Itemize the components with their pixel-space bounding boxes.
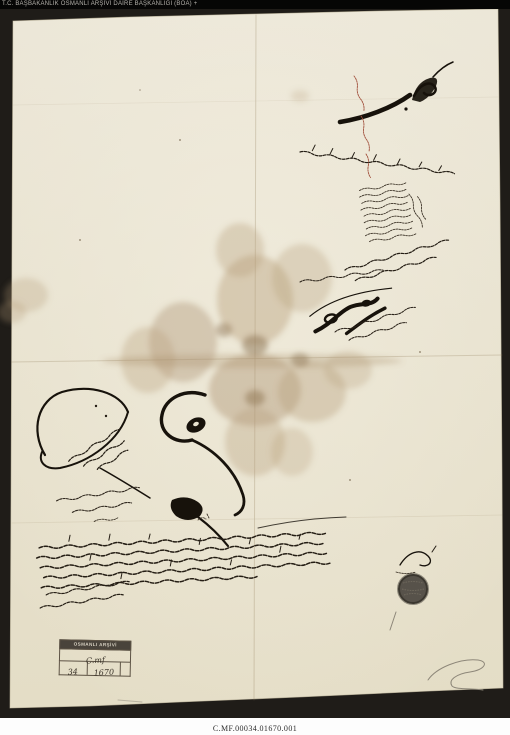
archive-stamp-series: C.mf	[85, 655, 104, 667]
scan-viewport: T.C. BAŞBAKANLIK OSMANLI ARŞİVİ DAİRE BA…	[0, 0, 510, 735]
caption-strip: C.MF.00034.01670.001	[0, 718, 510, 735]
archive-stamp: OSMANLI ARŞİVİ C.mf 34 1670	[59, 639, 132, 677]
official-seal	[398, 574, 429, 605]
archive-header-text: T.C. BAŞBAKANLIK OSMANLI ARŞİVİ DAİRE BA…	[0, 0, 510, 9]
archive-stamp-doc-no: 1670	[93, 667, 114, 679]
archive-stamp-box-no: 34	[68, 666, 79, 677]
document-scan	[0, 0, 510, 720]
archive-stamp-box-cell: 34	[60, 661, 88, 675]
archive-header-bar: T.C. BAŞBAKANLIK OSMANLI ARŞİVİ DAİRE BA…	[0, 0, 510, 9]
archive-stamp-empty-cell	[120, 663, 129, 676]
catalog-reference: C.MF.00034.01670.001	[213, 724, 297, 733]
